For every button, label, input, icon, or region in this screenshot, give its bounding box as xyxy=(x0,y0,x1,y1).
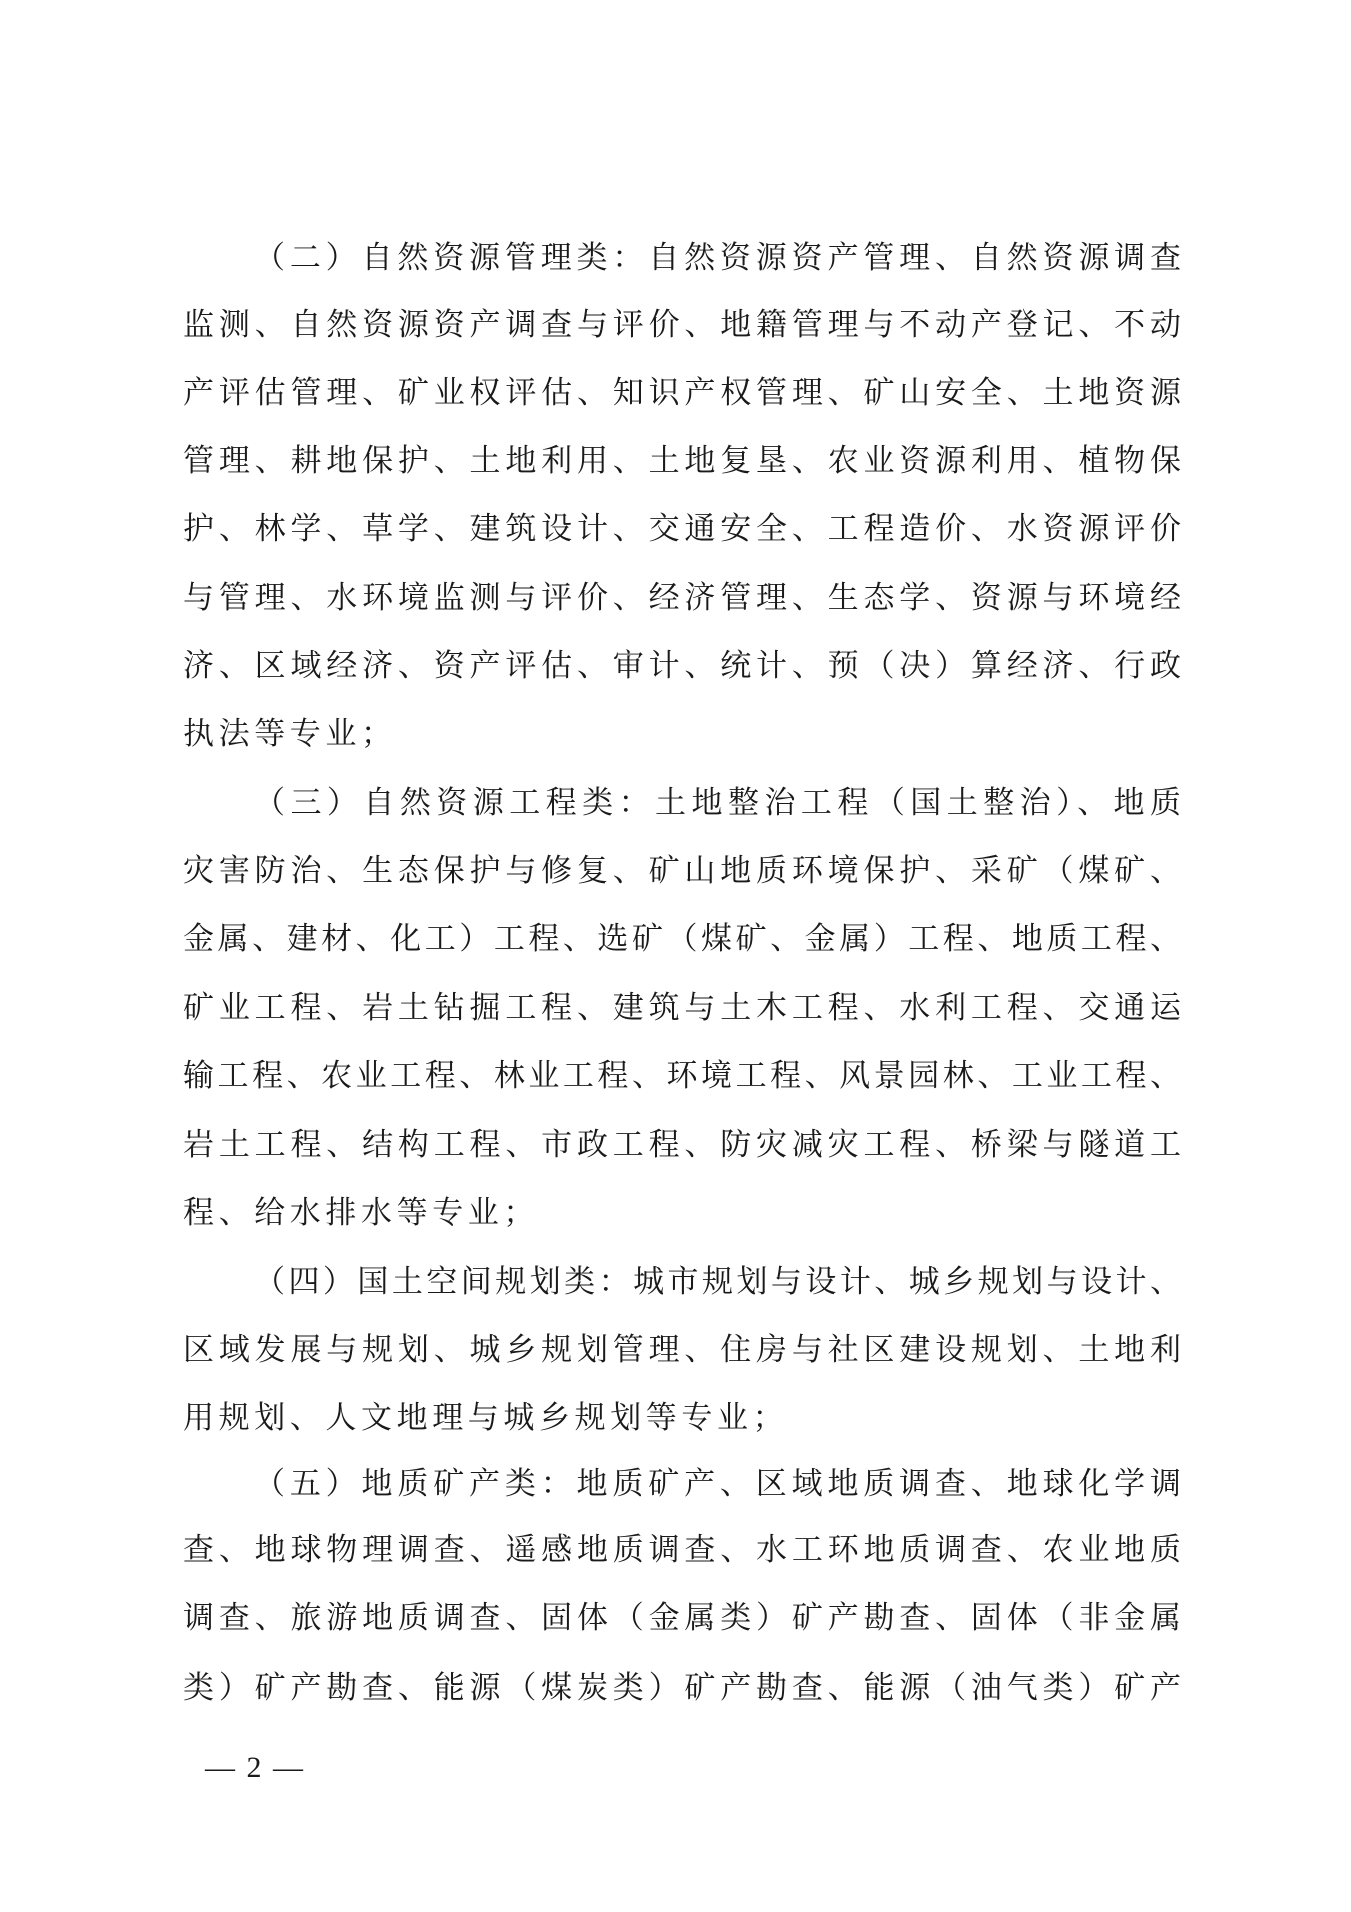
text-line: 类）矿产勘查、能源（煤炭类）矿产勘查、能源（油气类）矿产 xyxy=(183,1668,1182,1708)
text-line: （三）自然资源工程类：土地整治工程（国土整治）、地质 xyxy=(254,783,1182,823)
text-line: 监测、自然资源资产调查与评价、地籍管理与不动产登记、不动 xyxy=(183,305,1182,345)
text-line: 灾害防治、生态保护与修复、矿山地质环境保护、采矿（煤矿、 xyxy=(183,851,1182,891)
text-line: 产评估管理、矿业权评估、知识产权管理、矿山安全、土地资源 xyxy=(183,373,1182,413)
text-line: 用规划、人文地理与城乡规划等专业； xyxy=(183,1398,1182,1438)
text-line: 金属、建材、化工）工程、选矿（煤矿、金属）工程、地质工程、 xyxy=(183,919,1182,959)
text-line: 岩土工程、结构工程、市政工程、防灾减灾工程、桥梁与隧道工 xyxy=(183,1125,1182,1165)
text-line: 输工程、农业工程、林业工程、环境工程、风景园林、工业工程、 xyxy=(183,1056,1182,1096)
page-number: — 2 — xyxy=(205,1748,305,1788)
document-page: （二）自然资源管理类：自然资源资产管理、自然资源调查 监测、自然资源资产调查与评… xyxy=(0,0,1351,1912)
text-line: 执法等专业； xyxy=(183,714,1182,754)
text-line: 调查、旅游地质调查、固体（金属类）矿产勘查、固体（非金属 xyxy=(183,1598,1182,1638)
text-line: （四）国土空间规划类：城市规划与设计、城乡规划与设计、 xyxy=(254,1262,1182,1302)
text-line: 管理、耕地保护、土地利用、土地复垦、农业资源利用、植物保 xyxy=(183,441,1182,481)
text-line: 区域发展与规划、城乡规划管理、住房与社区建设规划、土地利 xyxy=(183,1330,1182,1370)
text-line: 济、区域经济、资产评估、审计、统计、预（决）算经济、行政 xyxy=(183,646,1182,686)
text-line: （二）自然资源管理类：自然资源资产管理、自然资源调查 xyxy=(254,238,1182,278)
text-line: 查、地球物理调查、遥感地质调查、水工环地质调查、农业地质 xyxy=(183,1530,1182,1570)
text-line: 矿业工程、岩土钻掘工程、建筑与土木工程、水利工程、交通运 xyxy=(183,988,1182,1028)
text-line: 护、林学、草学、建筑设计、交通安全、工程造价、水资源评价 xyxy=(183,509,1182,549)
text-line: 程、给水排水等专业； xyxy=(183,1193,1182,1233)
text-line: （五）地质矿产类：地质矿产、区域地质调查、地球化学调 xyxy=(254,1464,1182,1504)
text-line: 与管理、水环境监测与评价、经济管理、生态学、资源与环境经 xyxy=(183,578,1182,618)
